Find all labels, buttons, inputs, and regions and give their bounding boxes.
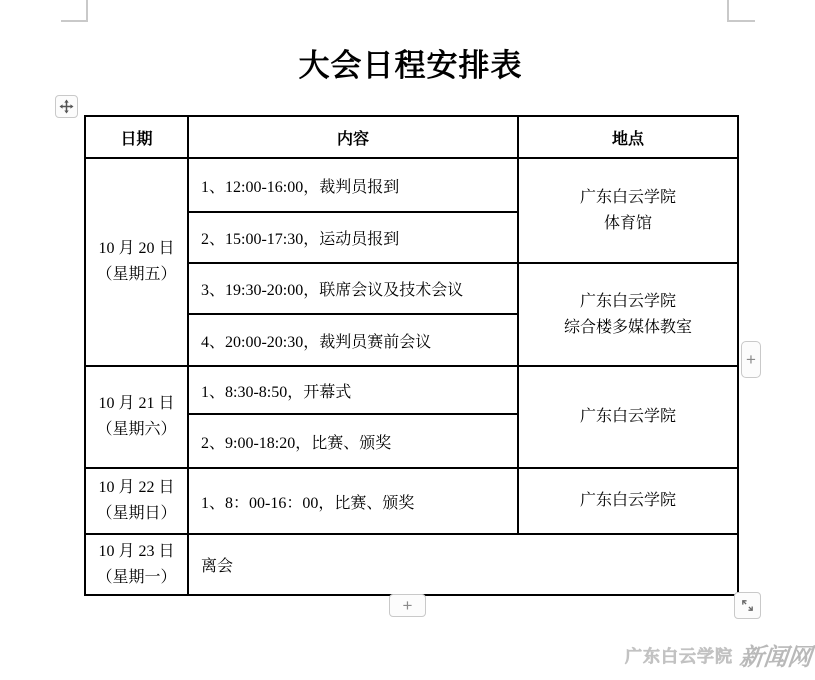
table-row: 10 月 21 日 （星期六） 1、8:30-8:50，开幕式 广东白云学院	[85, 366, 738, 414]
header-cell-date: 日期	[85, 116, 188, 158]
venue-cell-multimedia-room: 广东白云学院 综合楼多媒体教室	[518, 263, 738, 366]
page-margin-mark-top-right-icon	[727, 0, 755, 22]
date-cell-oct23: 10 月 23 日 （星期一）	[85, 534, 188, 595]
table-header-row: 日期 内容 地点	[85, 116, 738, 158]
table-row: 10 月 23 日 （星期一） 离会	[85, 534, 738, 595]
watermark: 广东白云学院 新闻网	[625, 637, 812, 672]
schedule-table: 日期 内容 地点 10 月 20 日 （星期五） 1、12:00-16:00，裁…	[84, 115, 739, 596]
venue-line: 综合楼多媒体教室	[519, 315, 737, 341]
weekday-line: （星期日）	[86, 501, 187, 527]
watermark-news-label: 新闻网	[738, 637, 814, 672]
document-page: 大会日程安排表 日期 内容 地点 10 月 20 日 （星期五） 1、12:00…	[0, 0, 815, 680]
date-line: 10 月 21 日	[86, 391, 187, 417]
event-cell-joint-meeting: 3、19:30-20:00，联席会议及技术会议	[188, 263, 518, 314]
table-row: 10 月 22 日 （星期日） 1、8：00-16：00，比赛、颁奖 广东白云学…	[85, 468, 738, 534]
table-resize-handle[interactable]	[734, 592, 761, 619]
table-move-handle[interactable]	[55, 95, 78, 118]
plus-icon: +	[403, 596, 413, 616]
watermark-school-name: 广东白云学院	[625, 642, 733, 667]
venue-cell-gymnasium: 广东白云学院 体育馆	[518, 158, 738, 263]
venue-line: 广东白云学院	[519, 185, 737, 211]
weekday-line: （星期五）	[86, 262, 187, 288]
event-cell-opening-ceremony: 1、8:30-8:50，开幕式	[188, 366, 518, 414]
add-row-button[interactable]: +	[389, 594, 426, 617]
event-cell-referee-prematch-meeting: 4、20:00-20:30，裁判员赛前会议	[188, 314, 518, 366]
date-cell-oct22: 10 月 22 日 （星期日）	[85, 468, 188, 534]
venue-line: 广东白云学院	[519, 289, 737, 315]
event-cell-competition-awards-sat: 2、9:00-18:20，比赛、颁奖	[188, 414, 518, 468]
event-cell-athlete-checkin: 2、15:00-17:30，运动员报到	[188, 212, 518, 263]
date-cell-oct21: 10 月 21 日 （星期六）	[85, 366, 188, 468]
weekday-line: （星期六）	[86, 417, 187, 443]
date-cell-oct20: 10 月 20 日 （星期五）	[85, 158, 188, 366]
diagonal-resize-icon	[740, 598, 755, 613]
header-cell-content: 内容	[188, 116, 518, 158]
venue-cell-college-sat: 广东白云学院	[518, 366, 738, 468]
table-row: 10 月 20 日 （星期五） 1、12:00-16:00，裁判员报到 广东白云…	[85, 158, 738, 212]
event-cell-departure: 离会	[188, 534, 738, 595]
venue-cell-college-sun: 广东白云学院	[518, 468, 738, 534]
date-line: 10 月 22 日	[86, 475, 187, 501]
date-line: 10 月 23 日	[86, 539, 187, 565]
weekday-line: （星期一）	[86, 565, 187, 591]
venue-line: 体育馆	[519, 211, 737, 237]
add-column-button[interactable]: +	[741, 341, 761, 378]
header-cell-location: 地点	[518, 116, 738, 158]
move-cross-icon	[59, 99, 74, 114]
event-cell-competition-awards-sun: 1、8：00-16：00，比赛、颁奖	[188, 468, 518, 534]
event-cell-referee-checkin: 1、12:00-16:00，裁判员报到	[188, 158, 518, 212]
page-margin-mark-top-left-icon	[61, 0, 88, 22]
page-title: 大会日程安排表	[84, 40, 737, 85]
date-line: 10 月 20 日	[86, 236, 187, 262]
plus-icon: +	[746, 350, 756, 370]
